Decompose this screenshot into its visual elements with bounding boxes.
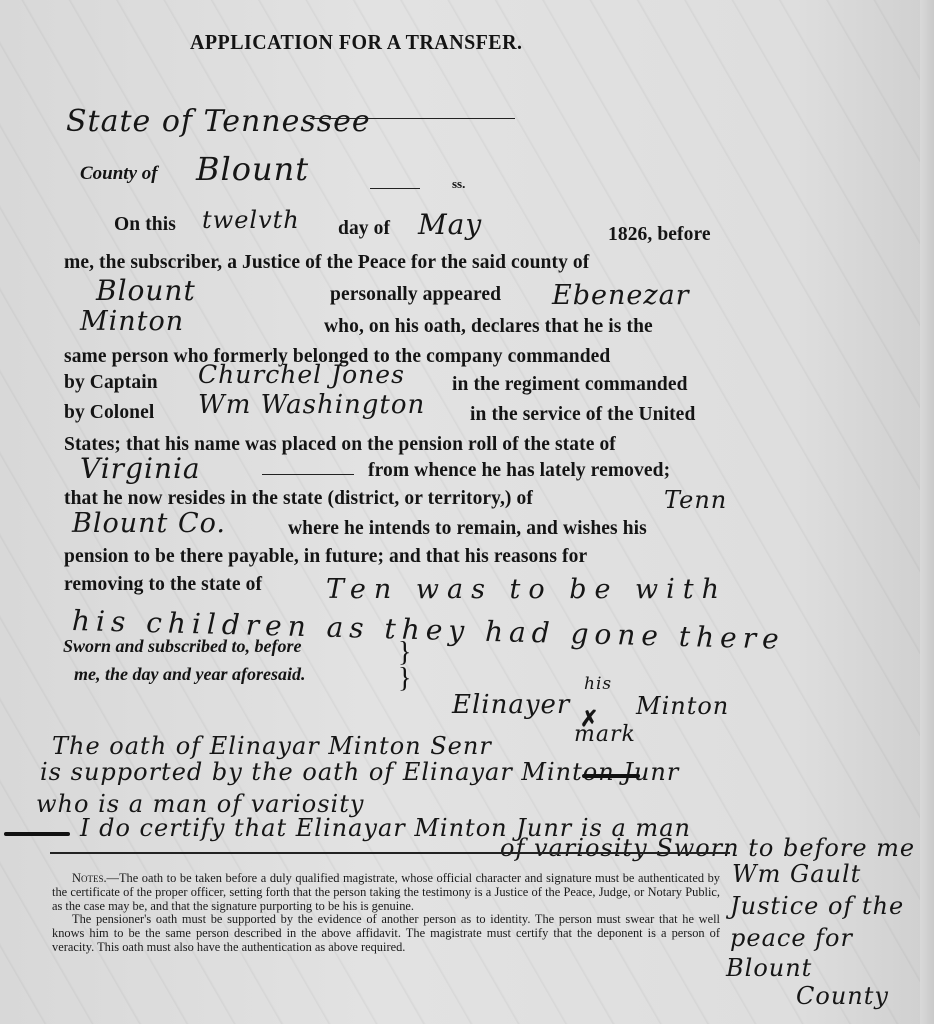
strikethrough-2 [4, 832, 70, 836]
captain-name-handwritten: Churchel Jones [198, 360, 405, 389]
text-before: , before [647, 224, 710, 245]
body-line-4: who, on his oath, declares that he is th… [324, 316, 653, 338]
text-by-captain: by Captain [64, 372, 158, 394]
notes-label: Notes. [72, 871, 107, 885]
notes-paragraph-2: The pensioner's oath must be supported b… [52, 913, 720, 954]
justice-title-1: Justice of the [730, 892, 904, 920]
sworn-brace: }} [398, 640, 411, 692]
ss-mark: ss. [452, 176, 465, 192]
state-rule [310, 118, 515, 119]
text-on-this: On this [114, 214, 176, 235]
body-line-10: that he now resides in the state (distri… [64, 488, 533, 510]
body-line-9: from whence he has lately removed; [368, 460, 670, 482]
body-line-6: in the regiment commanded [452, 374, 688, 396]
text-removing: removing to the state of [64, 574, 262, 596]
new-county-handwritten: Blount Co. [72, 508, 226, 539]
signature-mark: mark [574, 722, 636, 747]
text-by-colonel: by Colonel [64, 402, 154, 424]
month-handwritten: May [418, 208, 482, 241]
prior-state-handwritten: Virginia [80, 452, 201, 485]
justice-county: Blount [726, 954, 812, 982]
body-line-11: where he intends to remain, and wishes h… [288, 518, 647, 540]
text-day-of: day of [338, 218, 390, 239]
notes-divider [50, 852, 730, 854]
county-label: County of [80, 163, 158, 185]
notes-section: Notes.—The oath to be taken before a dul… [52, 872, 720, 955]
county-rule [370, 188, 420, 189]
sworn-line-2: me, the day and year aforesaid. [74, 664, 305, 685]
justice-name: Wm Gault [732, 860, 861, 888]
signature-first-name: Elinayer [452, 690, 570, 720]
text-personally-appeared: personally appeared [330, 284, 501, 306]
county-handwritten-2: Blount [96, 274, 196, 307]
scanned-document-page: APPLICATION FOR A TRANSFER. State of Ten… [0, 0, 934, 1024]
claimant-last-name: Minton [80, 306, 184, 337]
signature-last-name: Minton [636, 692, 729, 720]
certification-line-5: of variosity Sworn to before me [500, 834, 915, 862]
certification-line-2: is supported by the oath of Elinayar Min… [40, 758, 679, 786]
sworn-line-1: Sworn and subscribed to, before [63, 636, 302, 657]
certification-line-1: The oath of Elinayar Minton Senr [52, 732, 492, 760]
day-handwritten: twelvth [202, 206, 300, 234]
body-line-2: me, the subscriber, a Justice of the Pea… [64, 252, 589, 274]
new-state-handwritten: Tenn [664, 486, 727, 514]
strikethrough [582, 774, 640, 778]
state-handwritten: State of Tennessee [66, 104, 371, 139]
document-title: APPLICATION FOR A TRANSFER. [190, 30, 522, 55]
signature-his: his [584, 674, 612, 694]
prior-state-rule [262, 474, 354, 475]
page-edge [920, 0, 934, 1024]
county-handwritten: Blount [196, 150, 309, 188]
notes-paragraph-1: —The oath to be taken before a duly qual… [52, 871, 720, 913]
colonel-name-handwritten: Wm Washington [198, 390, 425, 420]
body-line-12: pension to be there payable, in future; … [64, 546, 587, 568]
justice-county-word: County [796, 982, 889, 1010]
justice-title-2: peace for [730, 924, 853, 952]
body-line-7: in the service of the United [470, 404, 695, 426]
claimant-first-name: Ebenezar [552, 280, 690, 311]
year-value: 1826 [608, 224, 647, 245]
reason-handwritten-1: Ten was to be with [326, 574, 727, 605]
